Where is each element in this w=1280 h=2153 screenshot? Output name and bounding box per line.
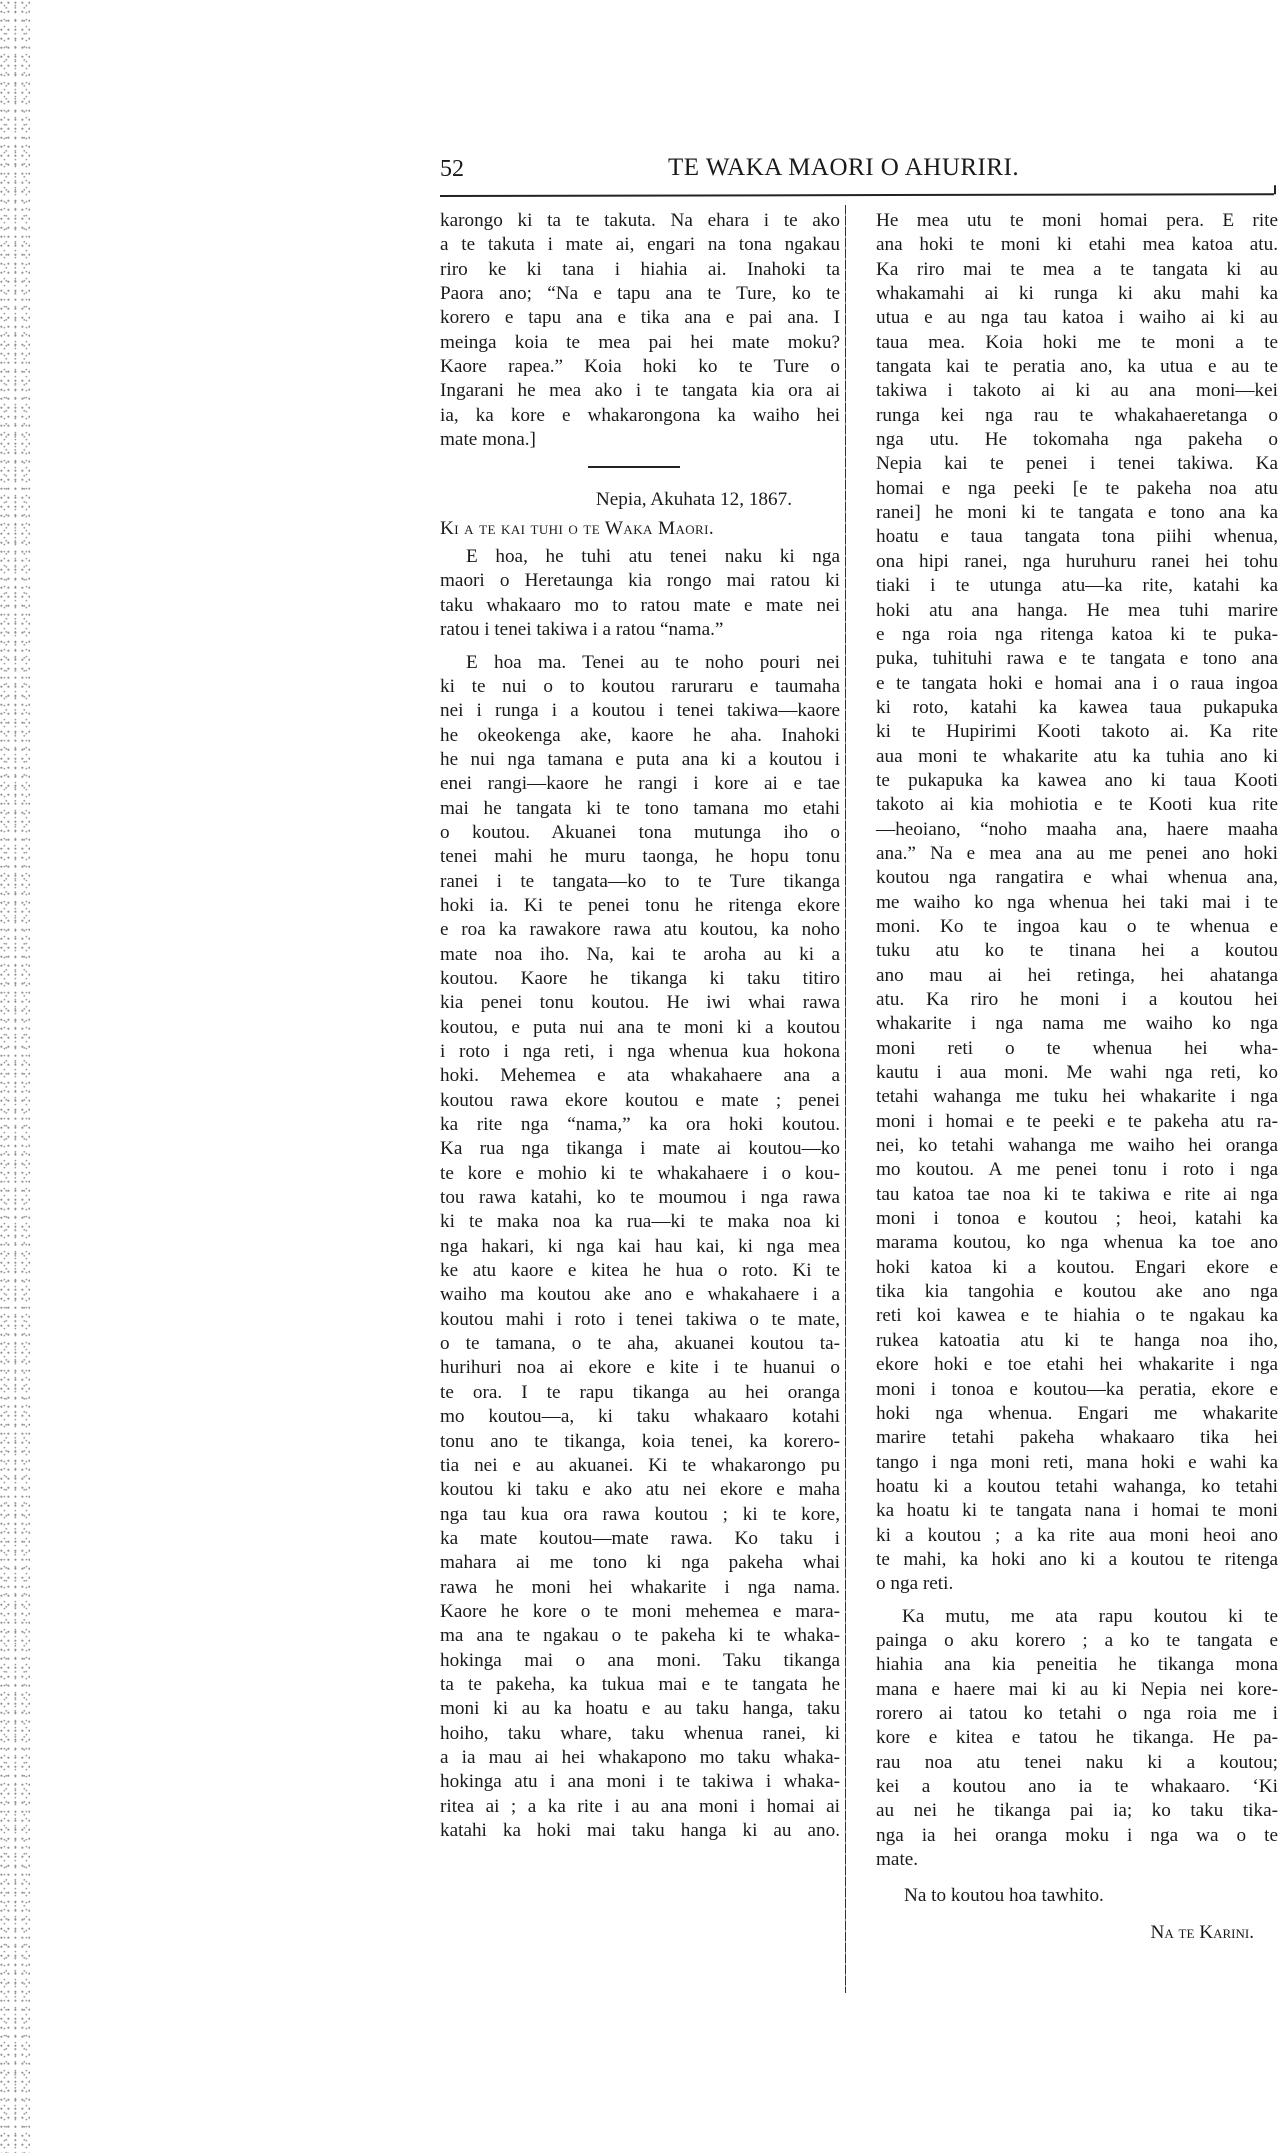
text-line: ranei i te tangata—ko to te Ture tikanga bbox=[440, 870, 840, 894]
text-line: karongo ki ta te takuta. Na ehara i te a… bbox=[440, 209, 840, 233]
text-line: aua moni te whakarite atu ka tuhia ano k… bbox=[876, 745, 1278, 769]
text-line: Paora ano; “Na e tapu ana te Ture, ko te bbox=[440, 282, 840, 306]
text-line: hoki. Mehemea e ata whakahaere ana a bbox=[440, 1064, 840, 1088]
text-line: atu. Ka riro he moni i a koutou hei bbox=[876, 988, 1278, 1012]
text-line: koutou nga rangatira e whai whenua ana, bbox=[876, 866, 1278, 890]
text-line: katahi ka hoki mai taku hanga ki au ano. bbox=[440, 1819, 840, 1843]
text-line: takiwa i takoto ai ki au ana moni—kei bbox=[876, 379, 1278, 403]
text-line: Ka riro mai te mea a te tangata ki au bbox=[876, 258, 1278, 282]
text-line: utua e au nga tau katoa i waiho ai ki au bbox=[876, 306, 1278, 330]
text-line: mana e haere mai ki au ki Nepia nei kore… bbox=[876, 1678, 1278, 1702]
text-line: korero e tapu ana e tika ana e pai ana. … bbox=[440, 306, 840, 330]
text-line: koutou, e puta nui ana te moni ki a kout… bbox=[440, 1016, 840, 1040]
text-line: hokinga atu i ana moni i te takiwa i wha… bbox=[440, 1770, 840, 1794]
text-line: kautu i aua moni. Me wahi nga reti, ko bbox=[876, 1061, 1278, 1085]
letter-paragraph-1: E hoa, he tuhi atu tenei naku ki ngamaor… bbox=[440, 545, 840, 642]
text-line: moni i tonoa e koutou ; heoi, katahi ka bbox=[876, 1207, 1278, 1231]
text-line: homai e nga peeki [e te pakeha noa atu bbox=[876, 477, 1278, 501]
left-column: karongo ki ta te takuta. Na ehara i te a… bbox=[440, 209, 840, 1843]
text-line: ki a koutou ; a ka rite aua moni heoi an… bbox=[876, 1524, 1278, 1548]
text-line: ritea ai ; a ka rite i au ana moni i hom… bbox=[440, 1795, 840, 1819]
page-number: 52 bbox=[440, 156, 464, 183]
text-line: ona hipi ranei, nga huruhuru ranei hei t… bbox=[876, 550, 1278, 574]
text-line: nga hakari, ki nga kai hau kai, ki nga m… bbox=[440, 1235, 840, 1259]
text-line: ki roto, katahi ka kawea taua pukapuka bbox=[876, 696, 1278, 720]
text-line: o nga reti. bbox=[876, 1572, 1278, 1596]
text-line: rawa he moni hei whakarite i nga nama. bbox=[440, 1576, 840, 1600]
text-line: Kaore he kore o te moni mehemea e mara- bbox=[440, 1600, 840, 1624]
text-line: taua mea. Koia hoki me te moni a te bbox=[876, 331, 1278, 355]
text-line: a te takuta i mate ai, engari na tona ng… bbox=[440, 233, 840, 257]
text-line: ana hoki te moni ki etahi mea katoa atu. bbox=[876, 233, 1278, 257]
scan-binding-edge bbox=[0, 0, 30, 2153]
text-line: e nga roia nga ritenga katoa ki te puka- bbox=[876, 623, 1278, 647]
text-line: moni ki au ka hoatu e au taku hanga, tak… bbox=[440, 1697, 840, 1721]
text-line: e te tangata hoki e homai ana i o raua i… bbox=[876, 672, 1278, 696]
text-line: taku whakaaro mo to ratou mate e mate ne… bbox=[440, 594, 840, 618]
text-line: ta te pakeha, ka tukua mai e te tangata … bbox=[440, 1673, 840, 1697]
text-line: te mahi, ka hoki ano ki a koutou te rite… bbox=[876, 1548, 1278, 1572]
section-separator-rule bbox=[588, 466, 680, 468]
text-line: waiho ma koutou ake ano e whakahaere i a bbox=[440, 1283, 840, 1307]
text-line: mo koutou. A me penei tonu i roto i nga bbox=[876, 1158, 1278, 1182]
text-line: tiaki i te utunga atu—ka rite, katahi ka bbox=[876, 574, 1278, 598]
letter-paragraph-3: Ka mutu, me ata rapu koutou ki tepainga … bbox=[876, 1605, 1278, 1873]
text-line: enei rangi—kaore he rangi i kore ai e ta… bbox=[440, 772, 840, 796]
text-line: ka rite nga “nama,” ka ora hoki koutou. bbox=[440, 1113, 840, 1137]
text-line: e roa ka rawakore rawa atu koutou, ka no… bbox=[440, 918, 840, 942]
text-line: ki te maka noa ka rua—ki te maka noa ki bbox=[440, 1210, 840, 1234]
letter-salutation: Ki a te kai tuhi o te Waka Maori. bbox=[440, 517, 840, 541]
text-line: tetahi wahanga me tuku hei whakarite i n… bbox=[876, 1085, 1278, 1109]
text-line: o koutou. Akuanei tona mutunga iho o bbox=[440, 821, 840, 845]
text-line: hiahia ana kia peneitia he tikanga mona bbox=[876, 1653, 1278, 1677]
text-line: meinga koia te mea pai hei mate moku? bbox=[440, 331, 840, 355]
text-line: He mea utu te moni homai pera. E rite bbox=[876, 209, 1278, 233]
text-line: ma ana te ngakau o te pakeha ki te whaka… bbox=[440, 1624, 840, 1648]
text-line: he nui nga tamana e puta ana ki a koutou… bbox=[440, 748, 840, 772]
text-line: nga tau kua ora rawa koutou ; ki te kore… bbox=[440, 1503, 840, 1527]
letter-dateline: Nepia, Akuhata 12, 1867. bbox=[440, 488, 840, 512]
text-line: tau katoa tae noa ki te takiwa e rite ai… bbox=[876, 1183, 1278, 1207]
text-line: E hoa, he tuhi atu tenei naku ki nga bbox=[440, 545, 840, 569]
running-title: TE WAKA MAORI O AHURIRI. bbox=[668, 154, 1019, 182]
text-line: au nei he tikanga pai ia; ko taku tika- bbox=[876, 1799, 1278, 1823]
text-line: rorero ai tatou ko tetahi o nga roia me … bbox=[876, 1702, 1278, 1726]
text-line: tenei mahi he muru taonga, he hopu tonu bbox=[440, 845, 840, 869]
text-line: i roto i nga reti, i nga whenua kua hoko… bbox=[440, 1040, 840, 1064]
text-line: hoatu ki a koutou tetahi wahanga, ko tet… bbox=[876, 1475, 1278, 1499]
text-line: marire tetahi pakeha whakaaro tika hei bbox=[876, 1426, 1278, 1450]
text-line: Ingarani he mea ako i te tangata kia ora… bbox=[440, 379, 840, 403]
text-line: Nepia kai te penei i tenei takiwa. Ka bbox=[876, 452, 1278, 476]
letter-paragraph-2: E hoa ma. Tenei au te noho pouri neiki t… bbox=[440, 651, 840, 1844]
text-line: tango i nga moni reti, mana hoki e wahi … bbox=[876, 1451, 1278, 1475]
letter-signature: Na te Karini. bbox=[876, 1921, 1278, 1945]
text-line: ke atu kaore e kitea he hua o roto. Ki t… bbox=[440, 1259, 840, 1283]
text-line: koutou mahi i roto i tenei takiwa o te m… bbox=[440, 1308, 840, 1332]
text-line: takoto ai kia mohiotia e te Kooti kua ri… bbox=[876, 793, 1278, 817]
text-line: tangata kai te peratia ano, ka utua e au… bbox=[876, 355, 1278, 379]
text-line: tia nei e au akuanei. Ki te whakarongo p… bbox=[440, 1454, 840, 1478]
text-line: hoki nga whenua. Engari me whakarite bbox=[876, 1402, 1278, 1426]
text-line: maori o Heretaunga kia rongo mai ratou k… bbox=[440, 569, 840, 593]
text-line: Ka rua nga tikanga i mate ai koutou—ko bbox=[440, 1137, 840, 1161]
text-line: tuku atu ko te tinana hei a koutou bbox=[876, 939, 1278, 963]
text-line: mo koutou—a, ki taku whakaaro kotahi bbox=[440, 1405, 840, 1429]
right-column: He mea utu te moni homai pera. E riteana… bbox=[876, 209, 1278, 1945]
text-line: ekore hoki e toe etahi hei whakarite i n… bbox=[876, 1353, 1278, 1377]
text-line: ka mate koutou—mate rawa. Ko taku i bbox=[440, 1527, 840, 1551]
text-line: mate. bbox=[876, 1848, 1278, 1872]
text-line: te pukapuka ka kawea ano ki taua Kooti bbox=[876, 769, 1278, 793]
text-line: runga kei nga rau te whakahaeretanga o bbox=[876, 404, 1278, 428]
text-line: Ka mutu, me ata rapu koutou ki te bbox=[876, 1605, 1278, 1629]
text-line: ka hoatu ki te tangata nana i homai te m… bbox=[876, 1499, 1278, 1523]
text-line: mai he tangata ki te tono tamana mo etah… bbox=[440, 797, 840, 821]
text-line: koutou ki taku e ako atu nei ekore e mah… bbox=[440, 1478, 840, 1502]
text-line: hurihuri noa ai ekore e kite i te huanui… bbox=[440, 1356, 840, 1380]
text-line: hoki katoa ki a koutou. Engari ekore e bbox=[876, 1256, 1278, 1280]
letter-paragraph-2-continued: He mea utu te moni homai pera. E riteana… bbox=[876, 209, 1278, 1597]
text-line: ki te nui o to koutou raruraru e taumaha bbox=[440, 675, 840, 699]
text-line: Kaore rapea.” Koia hoki ko te Ture o bbox=[440, 355, 840, 379]
text-line: hoiho, taku whare, taku whenua ranei, ki bbox=[440, 1722, 840, 1746]
text-line: hoki atu ana hanga. He mea tuhi marire bbox=[876, 599, 1278, 623]
text-line: E hoa ma. Tenei au te noho pouri nei bbox=[440, 651, 840, 675]
column-divider bbox=[845, 205, 846, 1993]
text-line: ranei] he moni ki te tangata e tono ana … bbox=[876, 501, 1278, 525]
text-line: nei, ko tetahi wahanga me waiho hei oran… bbox=[876, 1134, 1278, 1158]
text-line: —heoiano, “noho maaha ana, haere maaha bbox=[876, 818, 1278, 842]
text-line: koutou rawa ekore koutou e mate ; penei bbox=[440, 1089, 840, 1113]
text-line: rau noa atu tenei naku ki a koutou; bbox=[876, 1751, 1278, 1775]
text-line: ia, ka kore e whakarongona ka waiho hei bbox=[440, 404, 840, 428]
text-line: ratou i tenei takiwa i a ratou “nama.” bbox=[440, 618, 840, 642]
text-line: ki te Hupirimi Kooti takoto ai. Ka rite bbox=[876, 720, 1278, 744]
text-line: rukea katoatia atu ki te hanga noa iho, bbox=[876, 1329, 1278, 1353]
text-line: tonu ano te tikanga, koia tenei, ka kore… bbox=[440, 1430, 840, 1454]
text-line: ano mau ai hei retinga, hei ahatanga bbox=[876, 964, 1278, 988]
paragraph-gap bbox=[876, 1597, 1278, 1605]
text-line: te ora. I te rapu tikanga au hei oranga bbox=[440, 1381, 840, 1405]
text-line: marama koutou, ko nga whenua ka toe ano bbox=[876, 1231, 1278, 1255]
text-line: moni i tonoa e koutou—ka peratia, ekore … bbox=[876, 1378, 1278, 1402]
text-line: hoatu e taua tangata tona piihi whenua, bbox=[876, 525, 1278, 549]
text-line: hokinga mai o ana moni. Taku tikanga bbox=[440, 1649, 840, 1673]
paragraph-gap bbox=[440, 643, 840, 651]
text-line: reti koi kawea e te hiahia o te ngakau k… bbox=[876, 1304, 1278, 1328]
text-line: mahara ai me tono ki nga pakeha whai bbox=[440, 1551, 840, 1575]
text-line: kia penei tonu koutou. He iwi whai rawa bbox=[440, 991, 840, 1015]
text-line: moni. Ko te ingoa kau o te whenua e bbox=[876, 915, 1278, 939]
text-line: nei i runga i a koutou i tenei takiwa—ka… bbox=[440, 699, 840, 723]
text-line: kore e kitea e tatou he tikanga. He pa- bbox=[876, 1726, 1278, 1750]
text-line: me waiho ko nga whenua hei taki mai i te bbox=[876, 891, 1278, 915]
letter-closing: Na to koutou hoa tawhito. bbox=[876, 1884, 1278, 1908]
text-line: nga ia hei oranga moku i nga wa o te bbox=[876, 1824, 1278, 1848]
text-line: moni reti o te whenua hei wha- bbox=[876, 1037, 1278, 1061]
text-line: hoki ia. Ki te penei tonu he ritenga eko… bbox=[440, 894, 840, 918]
text-line: painga o aku korero ; a ko te tangata e bbox=[876, 1629, 1278, 1653]
header-rule bbox=[440, 193, 1274, 197]
text-line: moni i homai e te peeki e te pakeha atu … bbox=[876, 1110, 1278, 1134]
text-line: mate noa iho. Na, kai te aroha au ki a bbox=[440, 943, 840, 967]
text-line: koutou. Kaore he tikanga ki taku titiro bbox=[440, 967, 840, 991]
text-line: whakamahi ai ki runga ki aku mahi ka bbox=[876, 282, 1278, 306]
text-line: kei a koutou ano ia te whakaaro. ‘Ki bbox=[876, 1775, 1278, 1799]
text-line: nga utu. He tokomaha nga pakeha o bbox=[876, 428, 1278, 452]
text-line: a ia mau ai hei whakapono mo taku whaka- bbox=[440, 1746, 840, 1770]
text-line: ana.” Na e mea ana au me penei ano hoki bbox=[876, 842, 1278, 866]
text-line: whakarite i nga nama me waiho ko nga bbox=[876, 1012, 1278, 1036]
text-line: mate mona.] bbox=[440, 428, 840, 452]
text-line: puka, tuhituhi rawa e te tangata e tono … bbox=[876, 647, 1278, 671]
text-line: o te tamana, o te aha, akuanei koutou ta… bbox=[440, 1332, 840, 1356]
text-line: tika kia tangohia e koutou ake ano nga bbox=[876, 1280, 1278, 1304]
text-line: he okeokenga ake, kaore he aha. Inahoki bbox=[440, 724, 840, 748]
text-line: riro ke ki tana i hiahia ai. Inahoki ta bbox=[440, 258, 840, 282]
text-line: te kore e mohio ki te whakahaere i o kou… bbox=[440, 1162, 840, 1186]
text-line: tou rawa katahi, ko te moumou i nga rawa bbox=[440, 1186, 840, 1210]
previous-article-ending: karongo ki ta te takuta. Na ehara i te a… bbox=[440, 209, 840, 452]
